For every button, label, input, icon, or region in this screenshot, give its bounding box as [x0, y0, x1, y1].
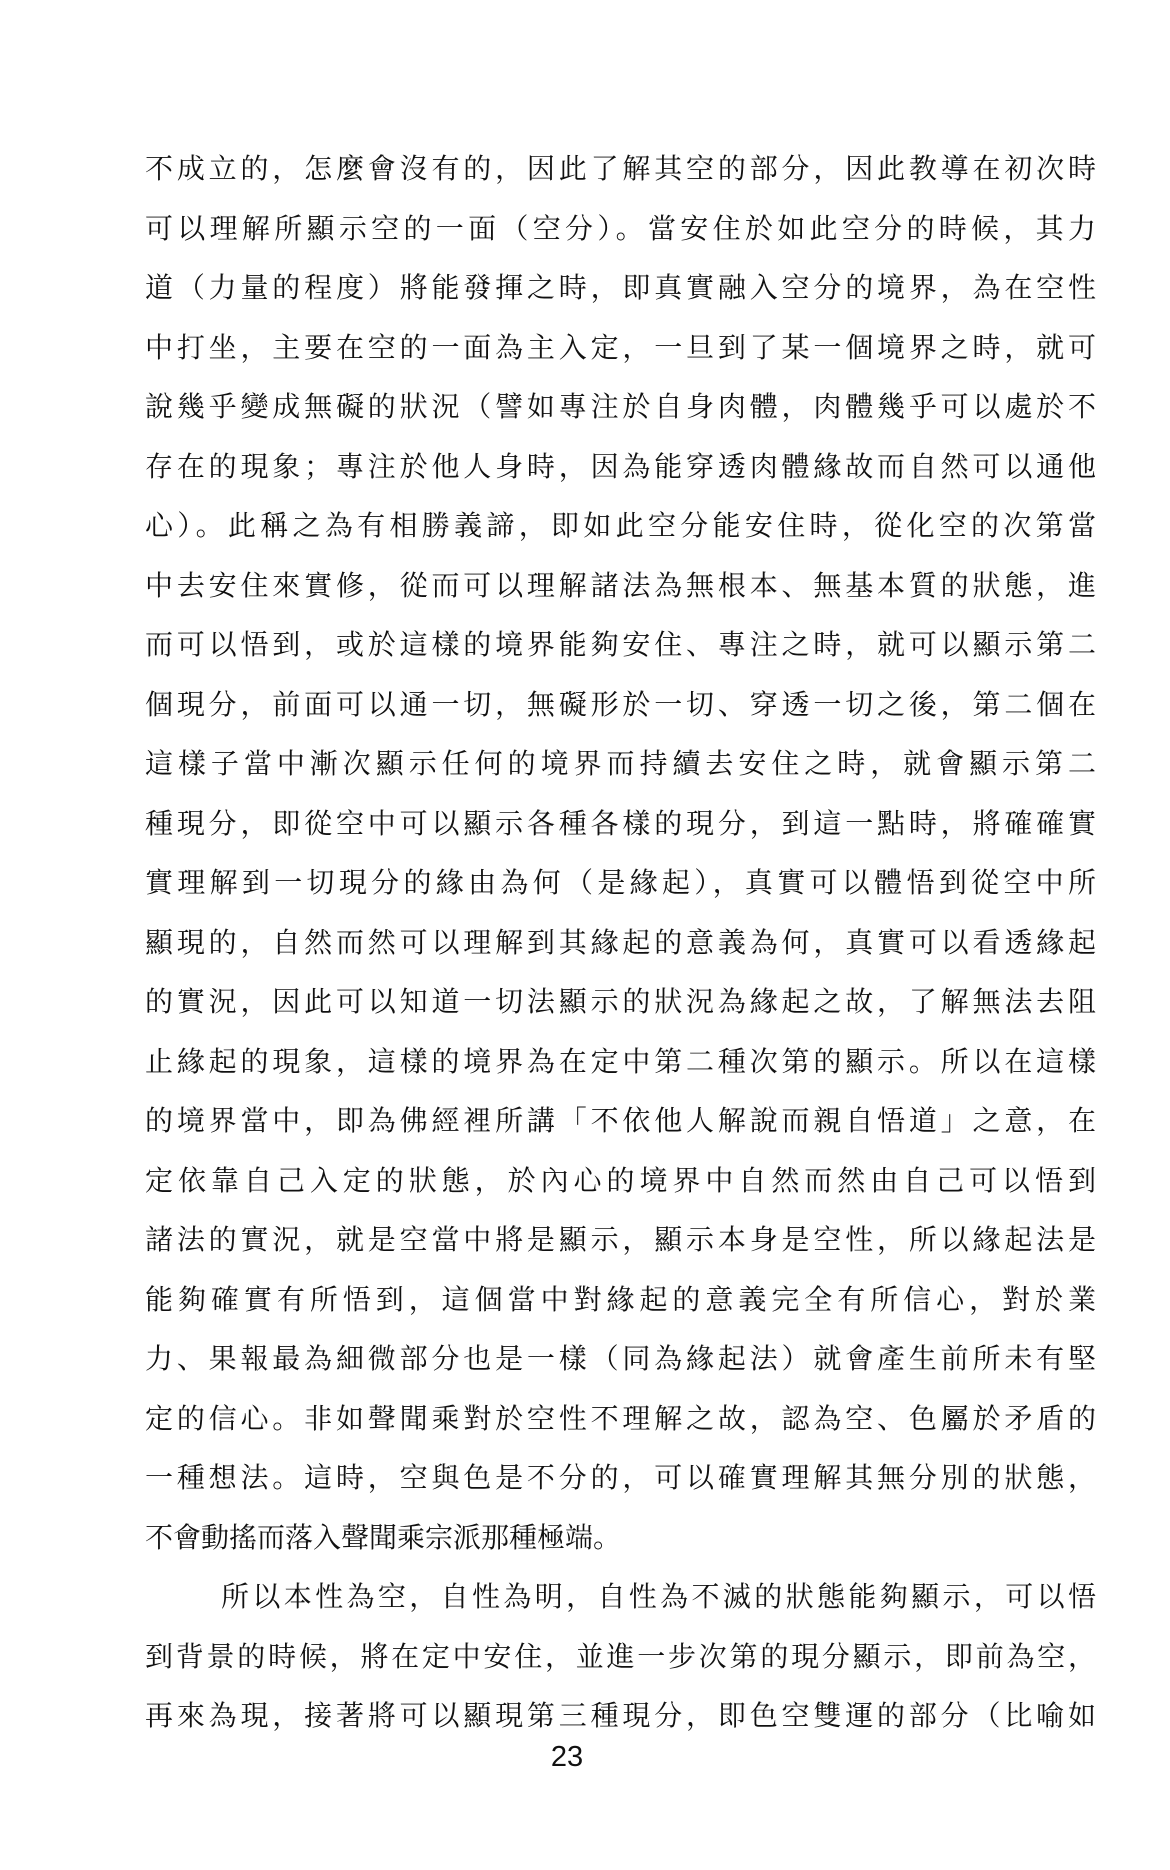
text-line-paragraph-end: 不會動搖而落入聲聞乘宗派那種極端。: [145, 1509, 1096, 1569]
text-line: 中打坐，主要在空的一面為主入定，一旦到了某一個境界之時，就可: [145, 319, 1096, 379]
page-number: 23: [0, 1741, 1134, 1774]
text-line: 而可以悟到，或於這樣的境界能夠安住、專注之時，就可以顯示第二: [145, 616, 1096, 676]
text-line: 定的信心。非如聲聞乘對於空性不理解之故，認為空、色屬於矛盾的: [145, 1390, 1096, 1450]
text-line: 這樣子當中漸次顯示任何的境界而持續去安住之時，就會顯示第二: [145, 735, 1096, 795]
text-line: 定依靠自己入定的狀態，於內心的境界中自然而然由自己可以悟到: [145, 1152, 1096, 1212]
body-text: 不成立的，怎麼會沒有的，因此了解其空的部分，因此教導在初次時 可以理解所顯示空的…: [145, 140, 1096, 1747]
text-line: 不成立的，怎麼會沒有的，因此了解其空的部分，因此教導在初次時: [145, 140, 1096, 200]
text-line: 能夠確實有所悟到，這個當中對緣起的意義完全有所信心，對於業: [145, 1271, 1096, 1331]
text-line: 種現分，即從空中可以顯示各種各樣的現分，到這一點時，將確確實: [145, 795, 1096, 855]
text-line: 存在的現象；專注於他人身時，因為能穿透肉體緣故而自然可以通他: [145, 438, 1096, 498]
document-page: 不成立的，怎麼會沒有的，因此了解其空的部分，因此教導在初次時 可以理解所顯示空的…: [0, 0, 1170, 1870]
text-line: 心）。此稱之為有相勝義諦，即如此空分能安住時，從化空的次第當: [145, 497, 1096, 557]
text-line: 力、果報最為細微部分也是一樣（同為緣起法）就會產生前所未有堅: [145, 1330, 1096, 1390]
text-line: 再來為現，接著將可以顯現第三種現分，即色空雙運的部分（比喻如: [145, 1687, 1096, 1747]
text-line: 說幾乎變成無礙的狀況（譬如專注於自身肉體，肉體幾乎可以處於不: [145, 378, 1096, 438]
text-line: 道（力量的程度）將能發揮之時，即真實融入空分的境界，為在空性: [145, 259, 1096, 319]
text-line: 可以理解所顯示空的一面（空分）。當安住於如此空分的時候，其力: [145, 200, 1096, 260]
text-line: 諸法的實況，就是空當中將是顯示，顯示本身是空性，所以緣起法是: [145, 1211, 1096, 1271]
text-line: 顯現的，自然而然可以理解到其緣起的意義為何，真實可以看透緣起: [145, 914, 1096, 974]
text-line: 個現分，前面可以通一切，無礙形於一切、穿透一切之後，第二個在: [145, 676, 1096, 736]
text-line: 止緣起的現象，這樣的境界為在定中第二種次第的顯示。所以在這樣: [145, 1033, 1096, 1093]
text-line: 一種想法。這時，空與色是不分的，可以確實理解其無分別的狀態，: [145, 1449, 1096, 1509]
text-line: 的境界當中，即為佛經裡所講「不依他人解說而親自悟道」之意，在: [145, 1092, 1096, 1152]
text-line: 的實況，因此可以知道一切法顯示的狀況為緣起之故，了解無法去阻: [145, 973, 1096, 1033]
text-line: 到背景的時候，將在定中安住，並進一步次第的現分顯示，即前為空，: [145, 1628, 1096, 1688]
text-line: 中去安住來實修，從而可以理解諸法為無根本、無基本質的狀態，進: [145, 557, 1096, 617]
text-line: 實理解到一切現分的緣由為何（是緣起），真實可以體悟到從空中所: [145, 854, 1096, 914]
text-line-paragraph-start: 所以本性為空，自性為明，自性為不滅的狀態能夠顯示，可以悟: [145, 1568, 1096, 1628]
